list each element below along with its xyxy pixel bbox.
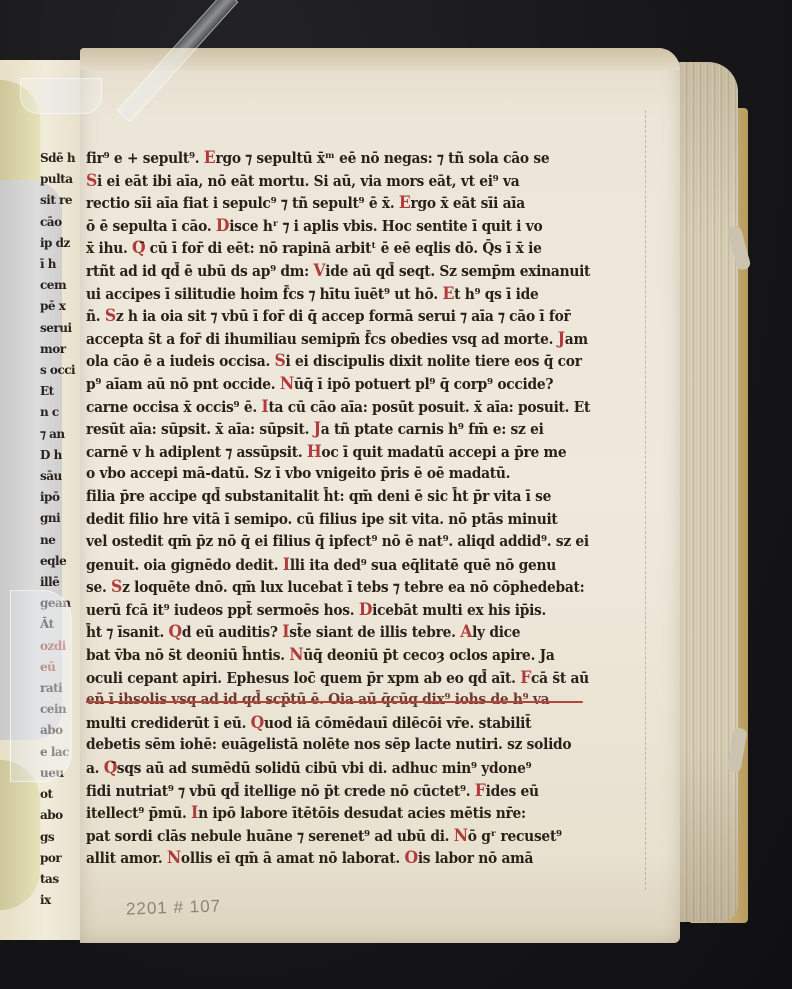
- rubricated-initial: N: [454, 826, 468, 846]
- text-line: accepta s̄t a for̄ di ihumiliau semipm̄ …: [86, 329, 601, 352]
- rubricated-initial: S: [111, 577, 122, 597]
- rubricated-initial: N: [280, 374, 294, 394]
- rubricated-initial: E: [442, 284, 454, 304]
- clear-weight-clip-top: [20, 78, 102, 114]
- text-line: debetis sēm iohē: euāgelistā nolēte nos …: [86, 735, 601, 758]
- rubricated-initial: F: [475, 781, 486, 801]
- text-line: dedit filio hre vitā ī semipo. cū filius…: [86, 510, 601, 533]
- text-line: oculi cepant apiri. Ephesus loc̄ quem p̄…: [86, 668, 601, 691]
- text-line: x̄ ihu. Q̄ cū ī for̄ di eēt: nō rapinā a…: [86, 238, 601, 261]
- text-line: rectio sīi aīa fiat i sepulc⁹ ⁊ tñ sepul…: [86, 193, 601, 216]
- text-line: o vbo accepi mā-datū. Sz ī vbo vnigeito …: [86, 464, 601, 487]
- text-line: bat v̄ba nō s̄t deoniū h̄ntis. Nūq̄ deon…: [86, 645, 601, 668]
- rubricated-initial: O: [404, 848, 417, 868]
- rubricated-initial: S: [105, 306, 116, 326]
- rubricated-initial: I: [191, 803, 198, 823]
- text-line: a. Q̄sqs aū ad sumēdū solidū cibū vbi di…: [86, 758, 601, 781]
- rubricated-initial: J: [314, 419, 321, 439]
- rubricated-initial: V: [313, 261, 325, 281]
- text-line: uerū fcā it⁹ iudeos ppt̄ sermoēs hos. Di…: [86, 600, 601, 623]
- text-line: filia p̄re accipe qd̄ substanitalit h̄t:…: [86, 487, 601, 510]
- rubricated-initial: I: [282, 622, 289, 642]
- text-line: resūt aīa: sūpsit. x̄ aīa: sūpsit. Ja tñ…: [86, 419, 601, 442]
- text-line: carnē v h adiplent ⁊ assūpsit. Hoc ī qui…: [86, 442, 601, 465]
- rubricated-initial: N: [167, 848, 181, 868]
- text-line: itellect⁹ p̄mū. In ipō labore ītētōis de…: [86, 803, 601, 826]
- rubricated-initial: I: [283, 555, 290, 575]
- text-line: vel ostedit qm̄ p̄z nō q̄ ei filius q̄ i…: [86, 532, 601, 555]
- rubricated-initial: J: [558, 329, 565, 349]
- text-line: p⁹ aīam aū nō pnt occide. Nūq̄ ī ipō pot…: [86, 374, 601, 397]
- rubricated-initial: H: [307, 442, 322, 462]
- pencil-shelfmark: 2201 # 107: [126, 896, 222, 919]
- text-line: pat sordi clās nebule huāne ⁊ serenet⁹ a…: [86, 826, 601, 849]
- text-line: carne occisa x̄ occis⁹ ē. Ita cū cāo aīa…: [86, 397, 601, 420]
- text-line: Si ei eāt ibi aīa, nō eāt mortu. Si aū, …: [86, 171, 601, 194]
- text-line: h̄t ⁊ īsanit. Qd eū auditis? Ist̄e siant…: [86, 622, 601, 645]
- text-line: allit amor. Nollis eī qm̄ ā amat nō labo…: [86, 848, 601, 871]
- rubricated-initial: Q: [104, 758, 117, 778]
- rubricated-initial: E: [399, 193, 411, 213]
- clear-weight-clip-left: [10, 590, 72, 782]
- text-line: se. Sz loquēte dnō. qm̄ lux lucebat ī te…: [86, 577, 601, 600]
- rubricated-initial: I: [261, 397, 268, 417]
- text-line: fir⁹ e + sepult⁹. Ergo ⁊ sepultū x̄ᵐ eē …: [86, 148, 601, 171]
- main-text-block: fir⁹ e + sepult⁹. Ergo ⁊ sepultū x̄ᵐ eē …: [86, 148, 646, 871]
- rubricated-initial: D: [216, 216, 229, 236]
- rubricated-initial: E: [204, 148, 216, 168]
- rubricated-initial: A: [460, 622, 472, 642]
- rubricated-initial: S: [86, 171, 97, 191]
- left-vellum-flap-lower: [0, 760, 40, 910]
- rubricated-initial: D: [359, 600, 372, 620]
- text-line: eñ ī ihsolis vsq ad id qd̄ scp̄tū ē. Oia…: [86, 690, 601, 713]
- rubricated-initial: Q: [132, 238, 145, 258]
- rubricated-initial: Q: [169, 622, 182, 642]
- rubricated-initial: S: [275, 351, 286, 371]
- text-line: multi crediderūt ī eū. Quod iā cōmēdauī …: [86, 713, 601, 736]
- rubricated-initial: N: [289, 645, 303, 665]
- text-line: ui accipes ī silitudie hoim f̄cs ⁊ hītu …: [86, 284, 601, 307]
- text-line: ola cāo ē a iudeis occisa. Si ei discipu…: [86, 351, 601, 374]
- text-line: genuit. oia gignēdo dedit. Illi ita ded⁹…: [86, 555, 601, 578]
- rubricated-initial: F: [520, 668, 531, 688]
- text-line: ñ. Sz h ia oia sit ⁊ vbū ī for̄ di q̄ ac…: [86, 306, 601, 329]
- text-line: rtñt ad id qd̄ ē ubū ds ap⁹ dm: Vide aū …: [86, 261, 601, 284]
- text-line: fidi nutriat⁹ ⁊ vbū qd̄ itellige nō p̄t …: [86, 781, 601, 804]
- rubricated-initial: Q: [251, 713, 264, 733]
- text-line: ō ē sepulta ī cāo. Disce hʳ ⁊ i aplis vb…: [86, 216, 601, 239]
